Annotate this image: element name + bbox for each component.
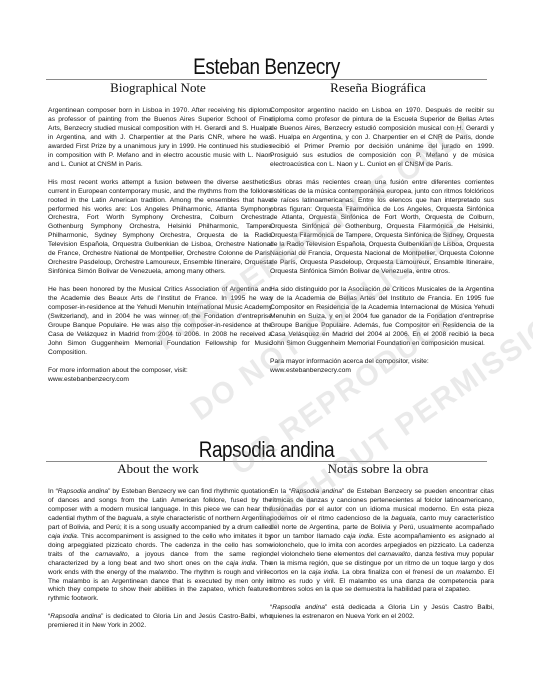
work-dedication: “Rapsodia andina” is dedicated to Gloria… <box>48 613 272 631</box>
work-paragraph: En la “Rapsodia andina” de Esteban Benze… <box>270 488 494 595</box>
bio-paragraph: His most recent works attempt a fusion b… <box>48 179 272 277</box>
bio-paragraph: Sus obras más recientes crean una fusión… <box>270 179 494 277</box>
work-column-spanish: En la “Rapsodia andina” de Esteban Benze… <box>270 488 494 631</box>
bio-website-block: For more information about the composer,… <box>48 367 272 385</box>
bio-website-intro: Para mayor información acerca del compos… <box>270 358 429 365</box>
document-page: Esteban Benzecry Biographical Note Reseñ… <box>0 0 533 693</box>
composer-title: Esteban Benzecry <box>77 54 456 80</box>
bio-column-spanish: Compositor argentino nacido en Lisboa en… <box>270 107 494 385</box>
work-column-english: In “Rapsodia andina” by Esteban Benzecry… <box>48 488 272 640</box>
composer-website-link[interactable]: www.estebanbenzecry.com <box>270 367 351 374</box>
work-heading-english: About the work <box>48 461 268 477</box>
bio-heading-spanish: Reseña Biográfica <box>268 80 488 96</box>
work-title: Rapsodia andina <box>77 437 456 463</box>
work-heading-spanish: Notas sobre la obra <box>268 461 488 477</box>
bio-column-english: Argentinean composer born in Lisboa in 1… <box>48 107 272 394</box>
bio-paragraph: He has been honored by the Musical Criti… <box>48 286 272 358</box>
work-paragraph: In “Rapsodia andina” by Esteban Benzecry… <box>48 488 272 604</box>
bio-paragraph: Compositor argentino nacido en Lisboa en… <box>270 107 494 170</box>
bio-website-intro: For more information about the composer,… <box>48 367 188 374</box>
work-dedication: “Rapsodia andina” está dedicada a Gloria… <box>270 604 494 622</box>
composer-website-link[interactable]: www.estebanbenzecry.com <box>48 376 129 383</box>
bio-website-block: Para mayor información acerca del compos… <box>270 358 494 376</box>
bio-heading-english: Biographical Note <box>48 80 268 96</box>
bio-paragraph: Argentinean composer born in Lisboa in 1… <box>48 107 272 170</box>
bio-paragraph: Ha sido distinguido por la Asociación de… <box>270 286 494 349</box>
